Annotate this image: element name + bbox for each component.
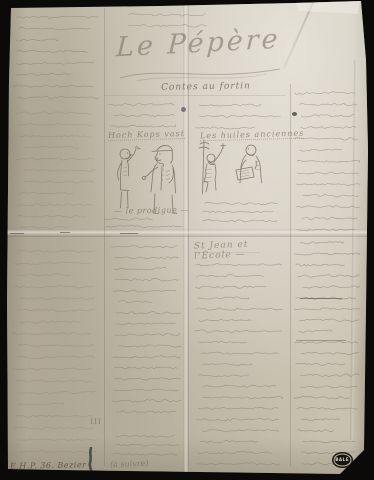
continuation-note: (à suivre) <box>110 458 174 469</box>
bale-stamp: BALE <box>332 452 353 468</box>
masthead-subtitle: Contes au fortin <box>138 81 274 93</box>
sketch-figure-ragged <box>199 140 225 194</box>
fold-ink-dash <box>120 233 138 234</box>
handwriting-caption-left <box>100 214 192 230</box>
pencil-sketch-ragged-figure-and-reader-icon <box>194 138 284 196</box>
story-heading: St Jean et l'École — <box>194 238 287 261</box>
signature: E.H.P. 36. Bezier <box>10 460 90 470</box>
handwriting-caption-right <box>196 198 282 224</box>
handwriting-top-note <box>122 8 214 30</box>
handwriting-top-left <box>10 10 102 102</box>
sketch-left-heading: Hoch Kops vast <box>108 129 185 141</box>
ink-dot <box>181 107 186 112</box>
top-right-fold-highlight <box>293 0 363 16</box>
sketch-figure-soldier <box>143 145 178 213</box>
ink-dot <box>292 112 297 116</box>
handwriting-lower-col-c <box>192 258 286 468</box>
handwriting-lower-col-b2 <box>108 430 184 458</box>
handwriting-right-top <box>292 86 364 234</box>
ink-blot <box>85 447 97 474</box>
handwriting-lede-right <box>192 98 284 132</box>
underline-stroke <box>296 340 346 341</box>
manuscript-page: Le Pépère Contes au fortin Hoch Kops vas… <box>0 0 374 480</box>
sketch-figure-reader <box>236 145 262 183</box>
story-heading-underline <box>194 252 260 253</box>
scan-background: Le Pépère Contes au fortin Hoch Kops vas… <box>0 0 374 480</box>
underline-stroke <box>300 298 342 299</box>
fold-ink-dash <box>60 232 70 233</box>
handwriting-top-left-lower <box>14 106 98 232</box>
sketch-figure-civilian <box>118 146 141 208</box>
stamp-text: BALE <box>336 457 350 462</box>
sketch-left-caption: — le prodigue — <box>114 205 189 215</box>
fold-ink-dash <box>10 233 24 234</box>
header-rule <box>104 95 286 96</box>
story-part-number: III <box>84 418 108 426</box>
handwriting-lede-left <box>106 98 182 130</box>
handwriting-lower-col-b <box>108 240 184 416</box>
column-rule-right <box>290 84 291 466</box>
handwriting-lower-col-d <box>292 236 364 468</box>
